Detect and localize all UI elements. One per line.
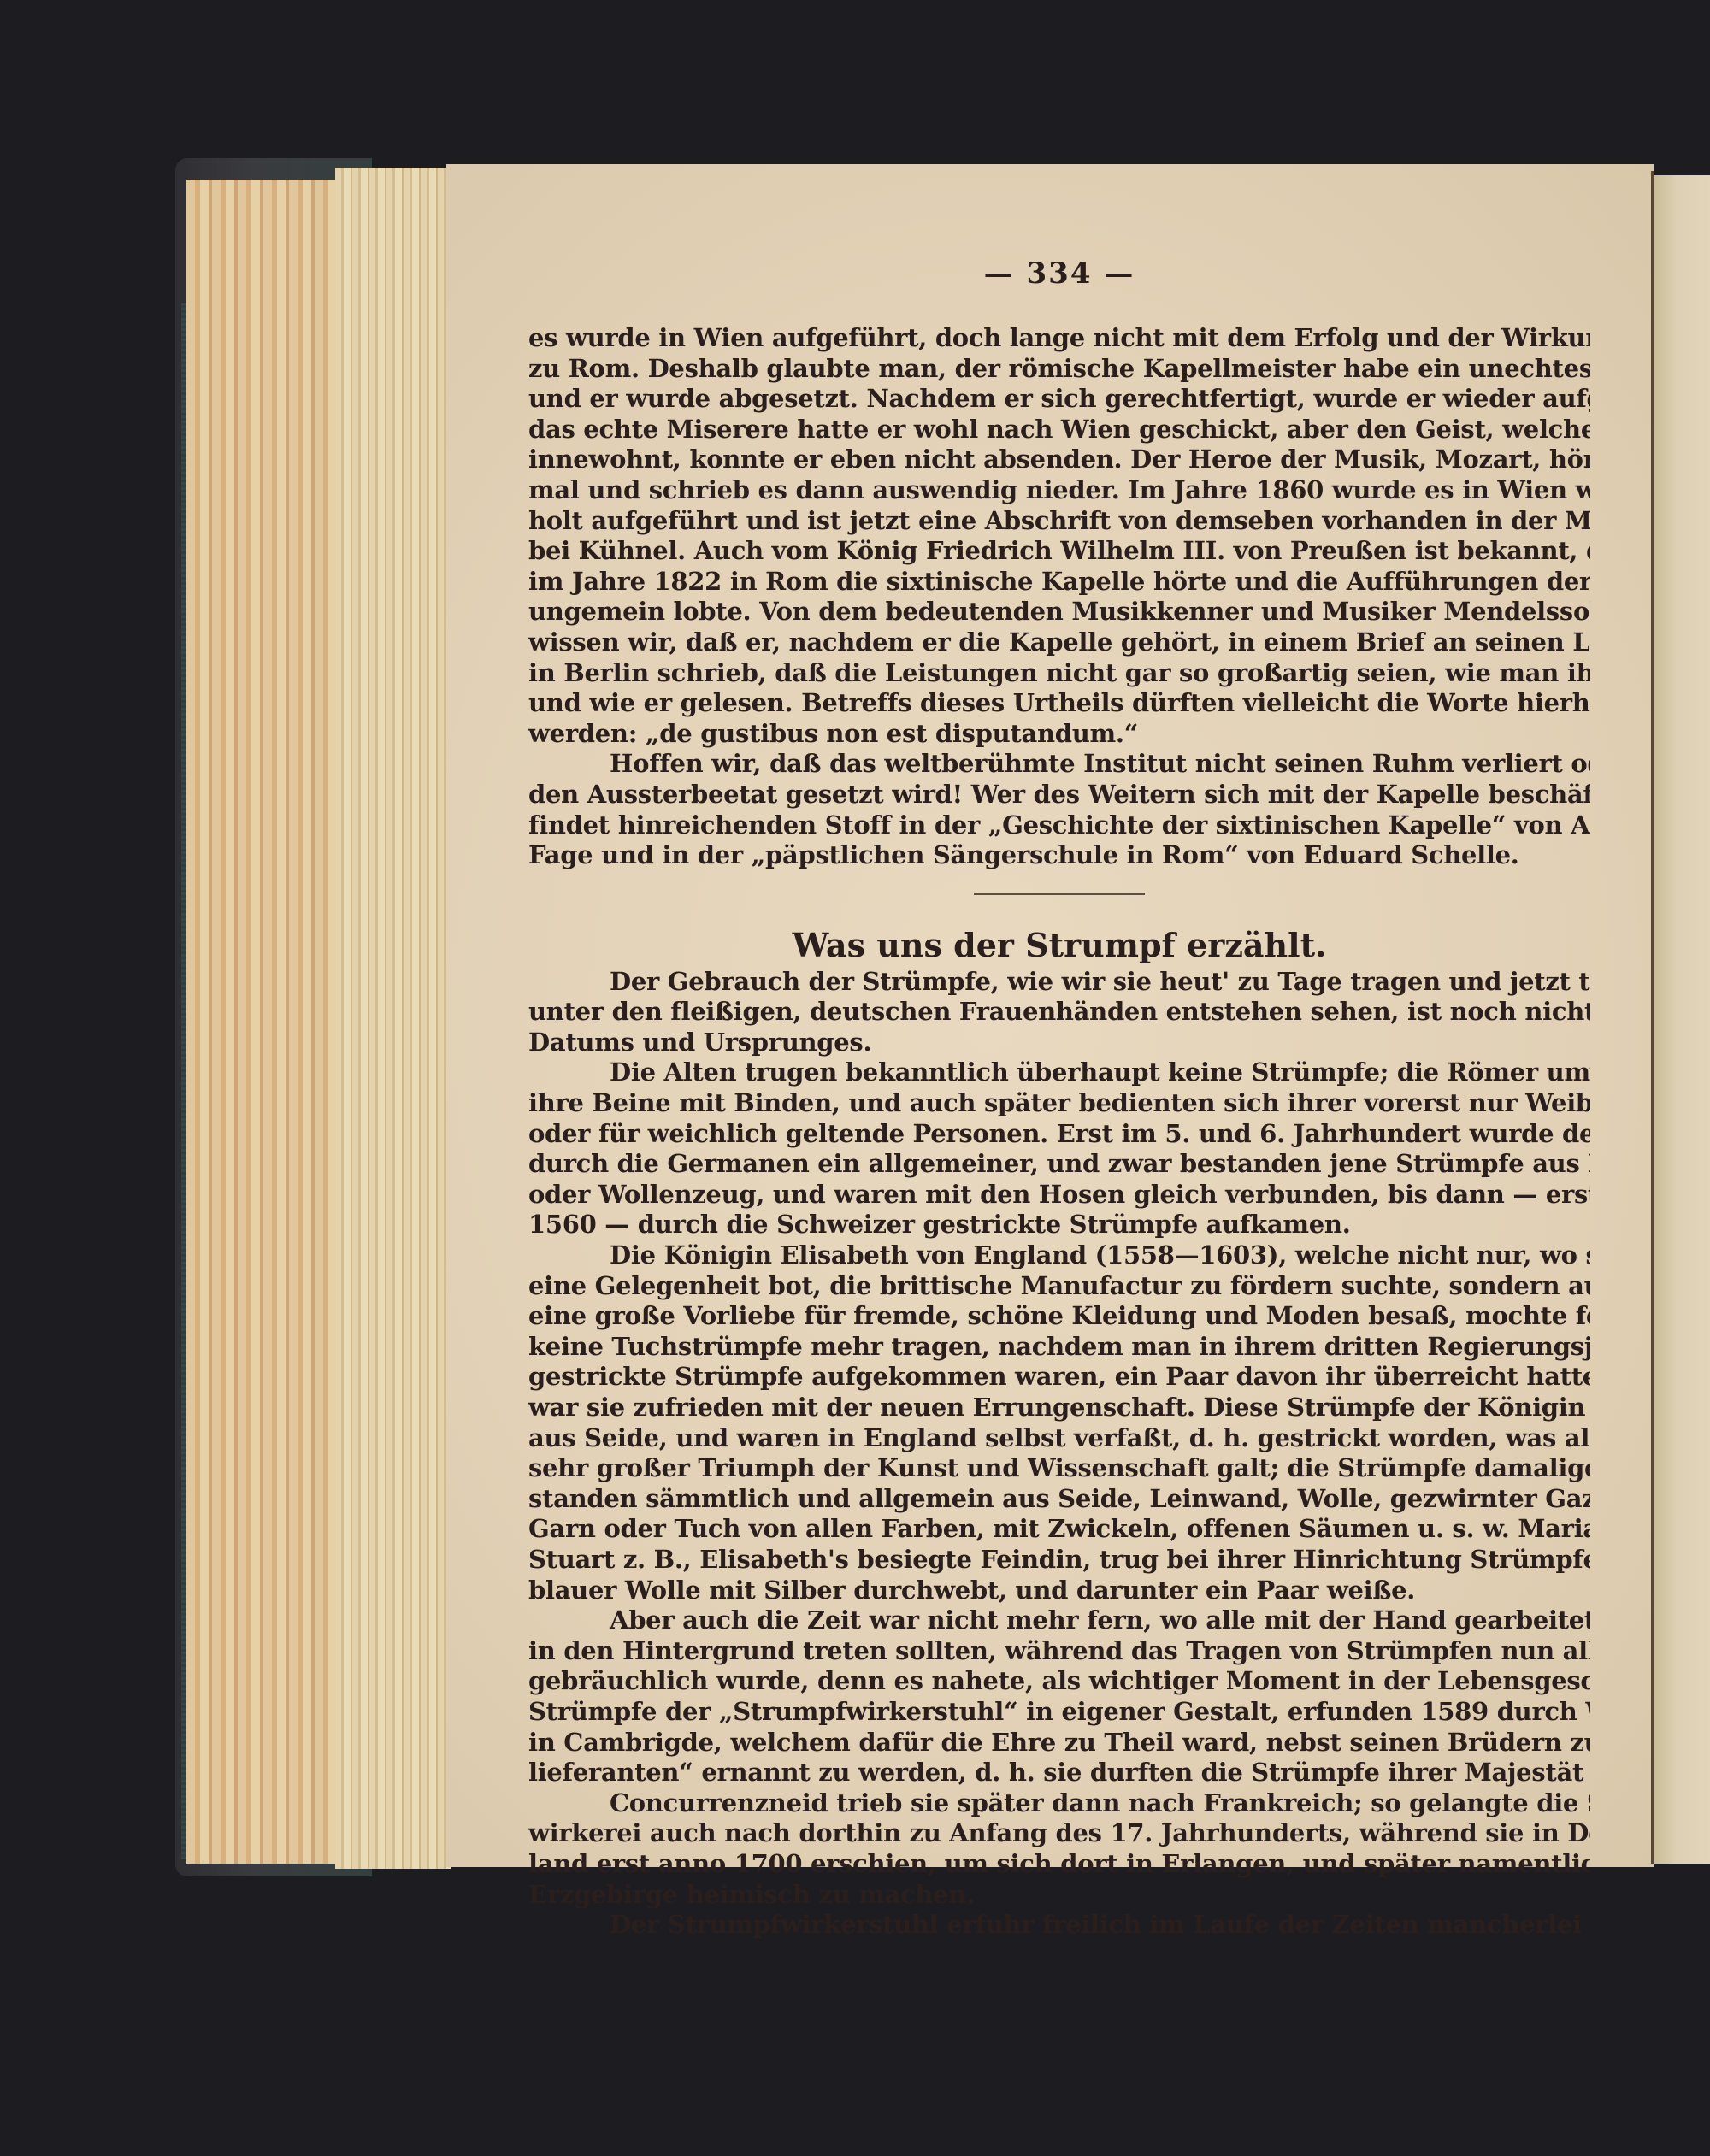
page-text: — 334 — es wurde in Wien aufgeführt, doc… bbox=[528, 256, 1590, 1941]
text-line: das echte Miserere hatte er wohl nach Wi… bbox=[528, 415, 1590, 445]
text-line: es wurde in Wien aufgeführt, doch lange … bbox=[528, 323, 1590, 354]
text-line: Garn oder Tuch von allen Farben, mit Zwi… bbox=[528, 1514, 1590, 1545]
text-line: Erzgebirge heimisch zu machen. bbox=[528, 1880, 1590, 1911]
text-line: bei Kühnel. Auch vom König Friedrich Wil… bbox=[528, 536, 1590, 567]
text-line: im Jahre 1822 in Rom die sixtinische Kap… bbox=[528, 567, 1590, 598]
text-line: blauer Wolle mit Silber durchwebt, und d… bbox=[528, 1576, 1590, 1606]
text-line: Stuart z. B., Elisabeth's besiegte Feind… bbox=[528, 1545, 1590, 1576]
text-line: werden: „de gustibus non est disputandum… bbox=[528, 719, 1590, 750]
section-strumpf-article: Der Gebrauch der Strümpfe, wie wir sie h… bbox=[528, 967, 1590, 1941]
section-divider bbox=[974, 893, 1145, 895]
text-line: keine Tuchstrümpfe mehr tragen, nachdem … bbox=[528, 1332, 1590, 1363]
text-line: in den Hintergrund treten sollten, währe… bbox=[528, 1636, 1590, 1667]
text-line: innewohnt, konnte er eben nicht absenden… bbox=[528, 445, 1590, 475]
page-block-edge bbox=[186, 180, 340, 1864]
text-line: Fage und in der „päpstlichen Sängerschul… bbox=[528, 840, 1590, 871]
text-line: findet hinreichenden Stoff in der „Gesch… bbox=[528, 810, 1590, 841]
text-line: den Aussterbeetat gesetzt wird! Wer des … bbox=[528, 780, 1590, 810]
text-line: Datums und Ursprunges. bbox=[528, 1028, 1590, 1058]
text-line: und wie er gelesen. Betreffs dieses Urth… bbox=[528, 688, 1590, 719]
text-line: war sie zufrieden mit der neuen Errungen… bbox=[528, 1393, 1590, 1423]
text-line: eine Gelegenheit bot, die brittische Man… bbox=[528, 1271, 1590, 1302]
text-line: Der Gebrauch der Strümpfe, wie wir sie h… bbox=[528, 967, 1590, 998]
text-line: Hoffen wir, daß das weltberühmte Institu… bbox=[528, 749, 1590, 780]
text-line: wissen wir, daß er, nachdem er die Kapel… bbox=[528, 627, 1590, 658]
text-line: Der Strumpfwirkerstuhl erfuhr freilich i… bbox=[528, 1910, 1590, 1941]
text-line: gestrickte Strümpfe aufgekommen waren, e… bbox=[528, 1362, 1590, 1393]
text-line: mal und schrieb es dann auswendig nieder… bbox=[528, 475, 1590, 506]
section-previous-article: es wurde in Wien aufgeführt, doch lange … bbox=[528, 323, 1590, 871]
text-line: oder für weichlich geltende Personen. Er… bbox=[528, 1119, 1590, 1150]
text-line: sehr großer Triumph der Kunst und Wissen… bbox=[528, 1453, 1590, 1484]
text-line: Die Königin Elisabeth von England (1558—… bbox=[528, 1240, 1590, 1271]
text-line: und er wurde abgesetzt. Nachdem er sich … bbox=[528, 384, 1590, 415]
text-line: zu Rom. Deshalb glaubte man, der römisch… bbox=[528, 354, 1590, 385]
facing-page-sliver bbox=[1654, 175, 1710, 1864]
text-line: lieferanten“ ernannt zu werden, d. h. si… bbox=[528, 1758, 1590, 1788]
text-line: eine große Vorliebe für fremde, schöne K… bbox=[528, 1301, 1590, 1332]
text-line: Strümpfe der „Strumpfwirkerstuhl“ in eig… bbox=[528, 1697, 1590, 1728]
page-number: — 334 — bbox=[528, 256, 1590, 291]
text-line: wirkerei auch nach dorthin zu Anfang des… bbox=[528, 1818, 1590, 1849]
text-line: Aber auch die Zeit war nicht mehr fern, … bbox=[528, 1605, 1590, 1636]
text-line: 1560 — durch die Schweizer gestrickte St… bbox=[528, 1210, 1590, 1240]
text-line: ihre Beine mit Binden, und auch später b… bbox=[528, 1088, 1590, 1119]
text-line: in Berlin schrieb, daß die Leistungen ni… bbox=[528, 658, 1590, 689]
text-line: standen sämmtlich und allgemein aus Seid… bbox=[528, 1484, 1590, 1515]
text-line: Die Alten trugen bekanntlich überhaupt k… bbox=[528, 1057, 1590, 1088]
text-line: durch die Germanen ein allgemeiner, und … bbox=[528, 1149, 1590, 1180]
text-line: land erst anno 1700 erschien, um sich do… bbox=[528, 1849, 1590, 1880]
article-heading: Was uns der Strumpf erzählt. bbox=[528, 928, 1590, 963]
text-line: in Cambrigde, welchem dafür die Ehre zu … bbox=[528, 1728, 1590, 1758]
text-line: gebräuchlich wurde, denn es nahete, als … bbox=[528, 1666, 1590, 1697]
text-line: unter den fleißigen, deutschen Frauenhän… bbox=[528, 997, 1590, 1028]
text-line: Concurrenzneid trieb sie später dann nac… bbox=[528, 1788, 1590, 1819]
text-line: oder Wollenzeug, und waren mit den Hosen… bbox=[528, 1180, 1590, 1211]
page-stack-edge bbox=[335, 168, 451, 1869]
text-line: holt aufgeführt und ist jetzt eine Absch… bbox=[528, 506, 1590, 537]
text-line: ungemein lobte. Von dem bedeutenden Musi… bbox=[528, 597, 1590, 627]
text-line: aus Seide, und waren in England selbst v… bbox=[528, 1423, 1590, 1454]
